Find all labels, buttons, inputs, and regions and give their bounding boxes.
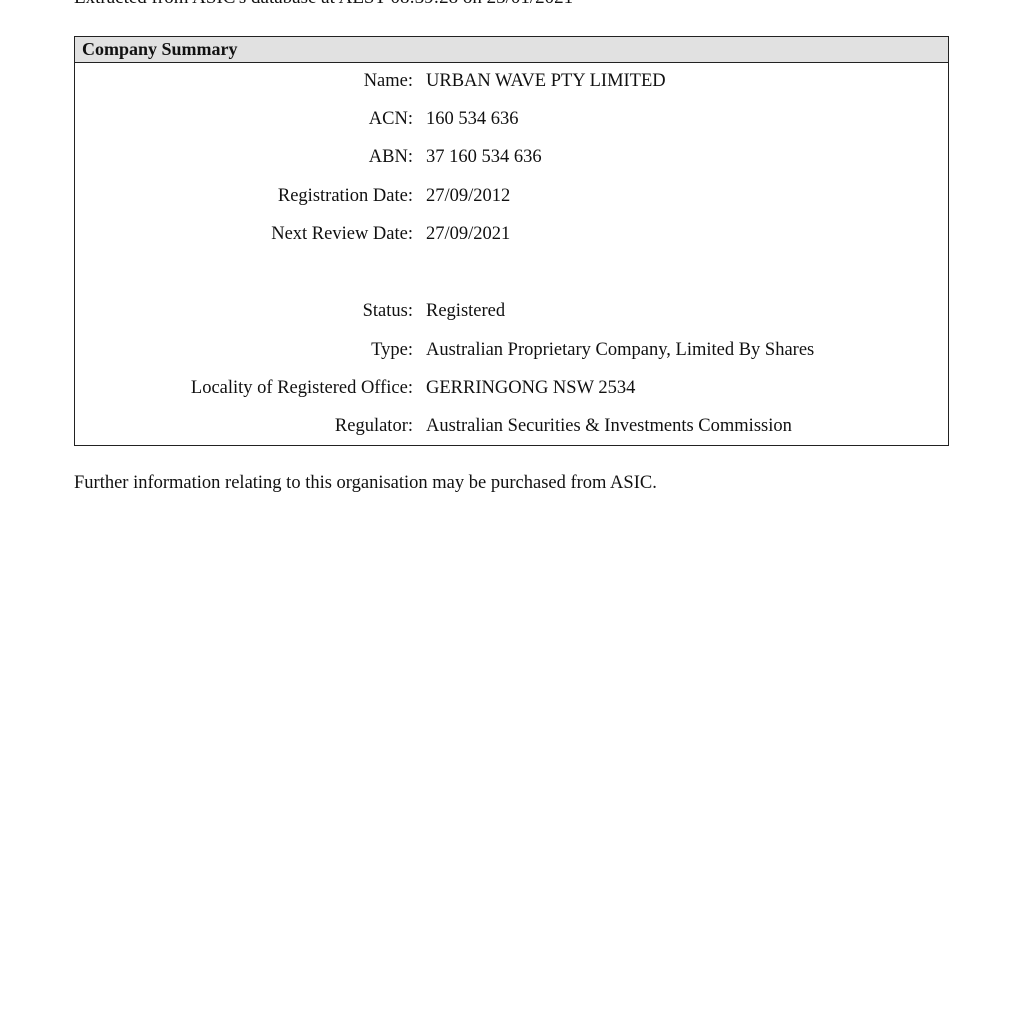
- field-value: 37 160 534 636: [426, 145, 542, 169]
- field-value: Registered: [426, 299, 505, 323]
- summary-row-status: Status: Registered: [75, 299, 948, 323]
- field-value: Australian Securities & Investments Comm…: [426, 414, 792, 438]
- field-label: Type:: [371, 338, 413, 362]
- further-information-note: Further information relating to this org…: [74, 471, 657, 495]
- field-value: Australian Proprietary Company, Limited …: [426, 338, 814, 362]
- field-value: URBAN WAVE PTY LIMITED: [426, 69, 666, 93]
- field-label: Name:: [364, 69, 413, 93]
- summary-row-acn: ACN: 160 534 636: [75, 107, 948, 131]
- summary-row-name: Name: URBAN WAVE PTY LIMITED: [75, 69, 948, 93]
- field-label: Regulator:: [335, 414, 413, 438]
- field-value: GERRINGONG NSW 2534: [426, 376, 635, 400]
- extract-timestamp-line: Extracted from ASIC's database at AEST 0…: [74, 0, 573, 8]
- field-label: ABN:: [369, 145, 413, 169]
- field-label: Locality of Registered Office:: [191, 376, 413, 400]
- summary-row-regulator: Regulator: Australian Securities & Inves…: [75, 414, 948, 438]
- summary-row-type: Type: Australian Proprietary Company, Li…: [75, 338, 948, 362]
- summary-row-next-review-date: Next Review Date: 27/09/2021: [75, 222, 948, 246]
- field-label: Next Review Date:: [271, 222, 413, 246]
- company-summary-box: Company Summary Name: URBAN WAVE PTY LIM…: [74, 36, 949, 446]
- summary-row-abn: ABN: 37 160 534 636: [75, 145, 948, 169]
- field-value: 160 534 636: [426, 107, 519, 131]
- summary-row-locality: Locality of Registered Office: GERRINGON…: [75, 376, 948, 400]
- summary-row-registration-date: Registration Date: 27/09/2012: [75, 184, 948, 208]
- field-value: 27/09/2021: [426, 222, 510, 246]
- field-label: Registration Date:: [278, 184, 413, 208]
- company-summary-header: Company Summary: [75, 37, 948, 63]
- field-label: Status:: [363, 299, 413, 323]
- field-value: 27/09/2012: [426, 184, 510, 208]
- field-label: ACN:: [369, 107, 413, 131]
